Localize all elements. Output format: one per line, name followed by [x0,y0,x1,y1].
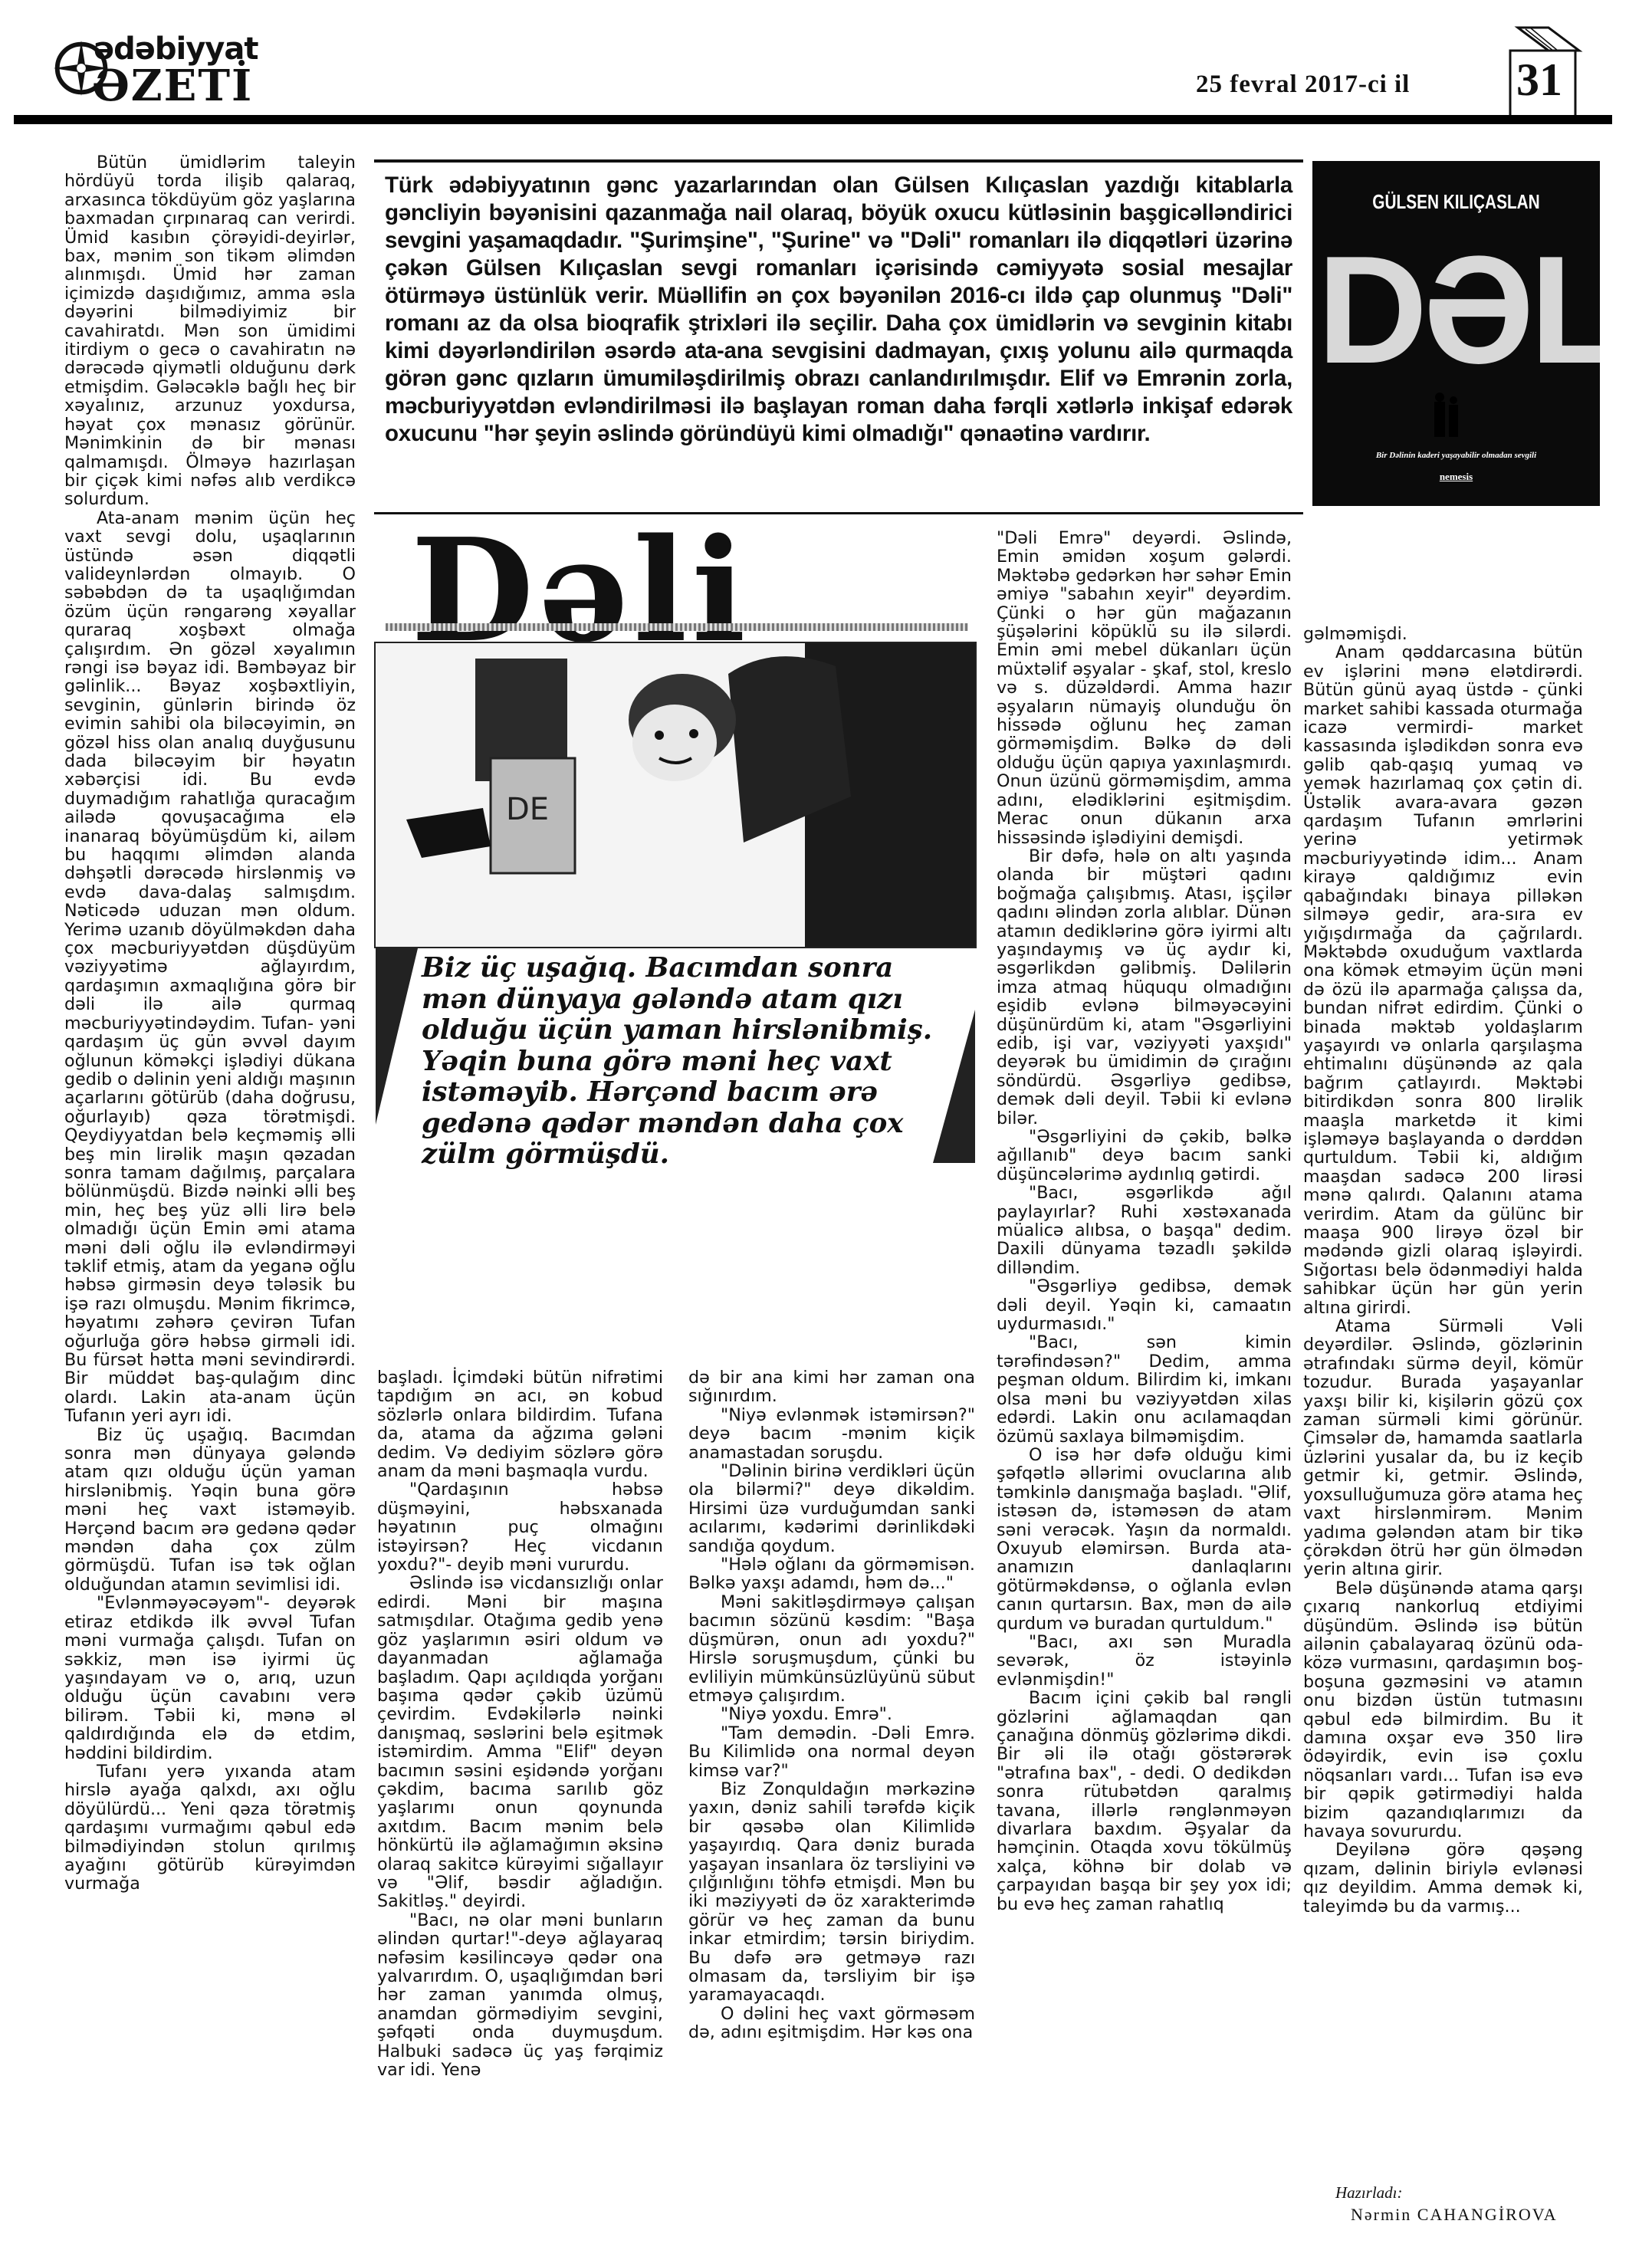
paragraph: O dəlini heç vaxt görməsəm də, adını eşi… [688,2005,975,2042]
cover-publisher-logo: nemesis [1312,471,1600,483]
author-holding-book-photo-icon: DE [376,643,975,947]
paragraph: "Tam demədin. -Dəli Emrə. Bu Kilimlidə o… [688,1724,975,1780]
logo-bottom-text: ƏZETİ [92,63,253,109]
svg-text:DE: DE [506,792,549,827]
newspaper-logo: ədəbiyyat ƏZETİ [48,29,224,113]
author-photo: DE [374,642,977,948]
title-shadow-band [386,623,968,631]
article-column-2: başladı. İçimdəki bütün nifrətimi tapdığ… [377,1368,663,2242]
paragraph: "Evlənməyəcəyəm"- deyərək etiraz etdikdə… [64,1594,356,1762]
page-number-badge: 31 [1503,20,1587,120]
paragraph: "Hələ oğlanı da görməmisən. Bəlkə yaxşı … [688,1555,975,1593]
paragraph: "Dəlinin birinə verdikləri üçün ola bilə… [688,1462,975,1555]
paragraph: Belə düşünəndə atama qarşı çıxarıq nanko… [1303,1579,1583,1841]
paragraph: Bacım içini çəkib bal rəngli gözlərini a… [997,1689,1292,1913]
paragraph: Məni sakitləşdirməyə çalışan bacımın söz… [688,1593,975,1705]
paragraph: "Bacı, nə olar məni bunların əlindən qur… [377,1911,663,2080]
paragraph: "Bacı, əsgərlikdə ağıl paylayırlar? Ruhi… [997,1184,1292,1277]
cover-author: GÜLSEN KILIÇASLAN [1342,190,1572,214]
page-number: 31 [1516,57,1562,103]
paragraph: O isə hər dəfə olduğu kimi şəfqətlə əllə… [997,1446,1292,1633]
paragraph: Əslində isə vicdansızlığı onlar edirdi. … [377,1574,663,1910]
paragraph: "Qardaşının həbsə düşməyini, həbsxanada … [377,1480,663,1574]
pullquote-left-triangle [376,948,418,1125]
paragraph: Bir dəfə, hələ on altı yaşında olanda bi… [997,847,1292,1128]
intro-lede-box: Türk ədəbiyyatının gənc yazarlarından ol… [374,159,1303,511]
paragraph: də bir ana kimi hər zaman ona sığınırdım… [688,1368,975,1406]
paragraph: "Niyə evlənmək istəmirsən?" deyə bacım -… [688,1406,975,1462]
cover-title: DƏLİ [1317,222,1593,399]
book-cover-image: GÜLSEN KILIÇASLAN DƏLİ Bir Dəlinin kader… [1312,161,1600,506]
paragraph: Deyilənə görə qəşəng qızam, dəlinin biri… [1303,1841,1583,1916]
paragraph: "Bacı, sən kimin tərəfindəsən?" Dedim, a… [997,1333,1292,1445]
paragraph: başladı. İçimdəki bütün nifrətimi tapdığ… [377,1368,663,1480]
paragraph: Ata-anam mənim üçün heç vaxt sevgi dolu,… [64,509,356,1426]
article-column-4: "Dəli Emrə" deyərdi. Əslində, Emin əmidə… [997,529,1292,2246]
intro-lede-text: Türk ədəbiyyatının gənc yazarlarından ol… [385,172,1292,448]
paragraph: Bütün ümidlərim taleyin hördüyü torda il… [64,153,356,509]
article-column-5: gəlməmişdi. Anam qəddarcasına bütün ev i… [1303,625,1583,2235]
pull-quote-text: Biz üç uşağıq. Bacımdan sonra mən dünyay… [422,953,943,1171]
byline-author-name: Nərmin CAHANGİROVA [1351,2205,1558,2225]
masthead-rule [14,115,1612,124]
paragraph: "Əsgərliyə gedibsə, demək dəli deyil. Yə… [997,1277,1292,1333]
paragraph: Tufanı yerə yıxanda atam hirslə ayağa qa… [64,1762,356,1894]
paragraph: Anam qəddarcasına bütün ev işlərini mənə… [1303,643,1583,1317]
article-column-3: də bir ana kimi hər zaman ona sığınırdım… [688,1368,975,2242]
paragraph: "Dəli Emrə" deyərdi. Əslində, Emin əmidə… [997,529,1292,847]
article-column-1: Bütün ümidlərim taleyin hördüyü torda il… [64,153,356,2239]
paragraph: gəlməmişdi. [1303,625,1583,643]
pull-quote: Biz üç uşağıq. Bacımdan sonra mən dünyay… [376,948,975,1171]
paragraph: Biz Zonquldağın mərkəzinə yaxın, dəniz s… [688,1780,975,2005]
article-title: Dəli [411,529,948,652]
issue-date: 25 fevral 2017-ci il [1196,71,1410,99]
cover-tagline: Bir Dəlinin kaderi yaşayabilir olmadan s… [1312,451,1600,460]
byline-label: Hazırladı: [1335,2183,1403,2203]
paragraph: Biz üç uşağıq. Bacımdan sonra mən dünyay… [64,1426,356,1595]
paragraph: "Niyə yoxdu. Emrə". [688,1705,975,1723]
paragraph: "Əsgərliyini də çəkib, bəlkə ağıllanıb" … [997,1128,1292,1184]
couple-silhouette-icon [1429,391,1464,439]
paragraph: Atama Sürməli Vəli deyərdilər. Əslində, … [1303,1317,1583,1579]
paragraph: "Bacı, axı sən Muradla sevərək, öz istəy… [997,1633,1292,1689]
